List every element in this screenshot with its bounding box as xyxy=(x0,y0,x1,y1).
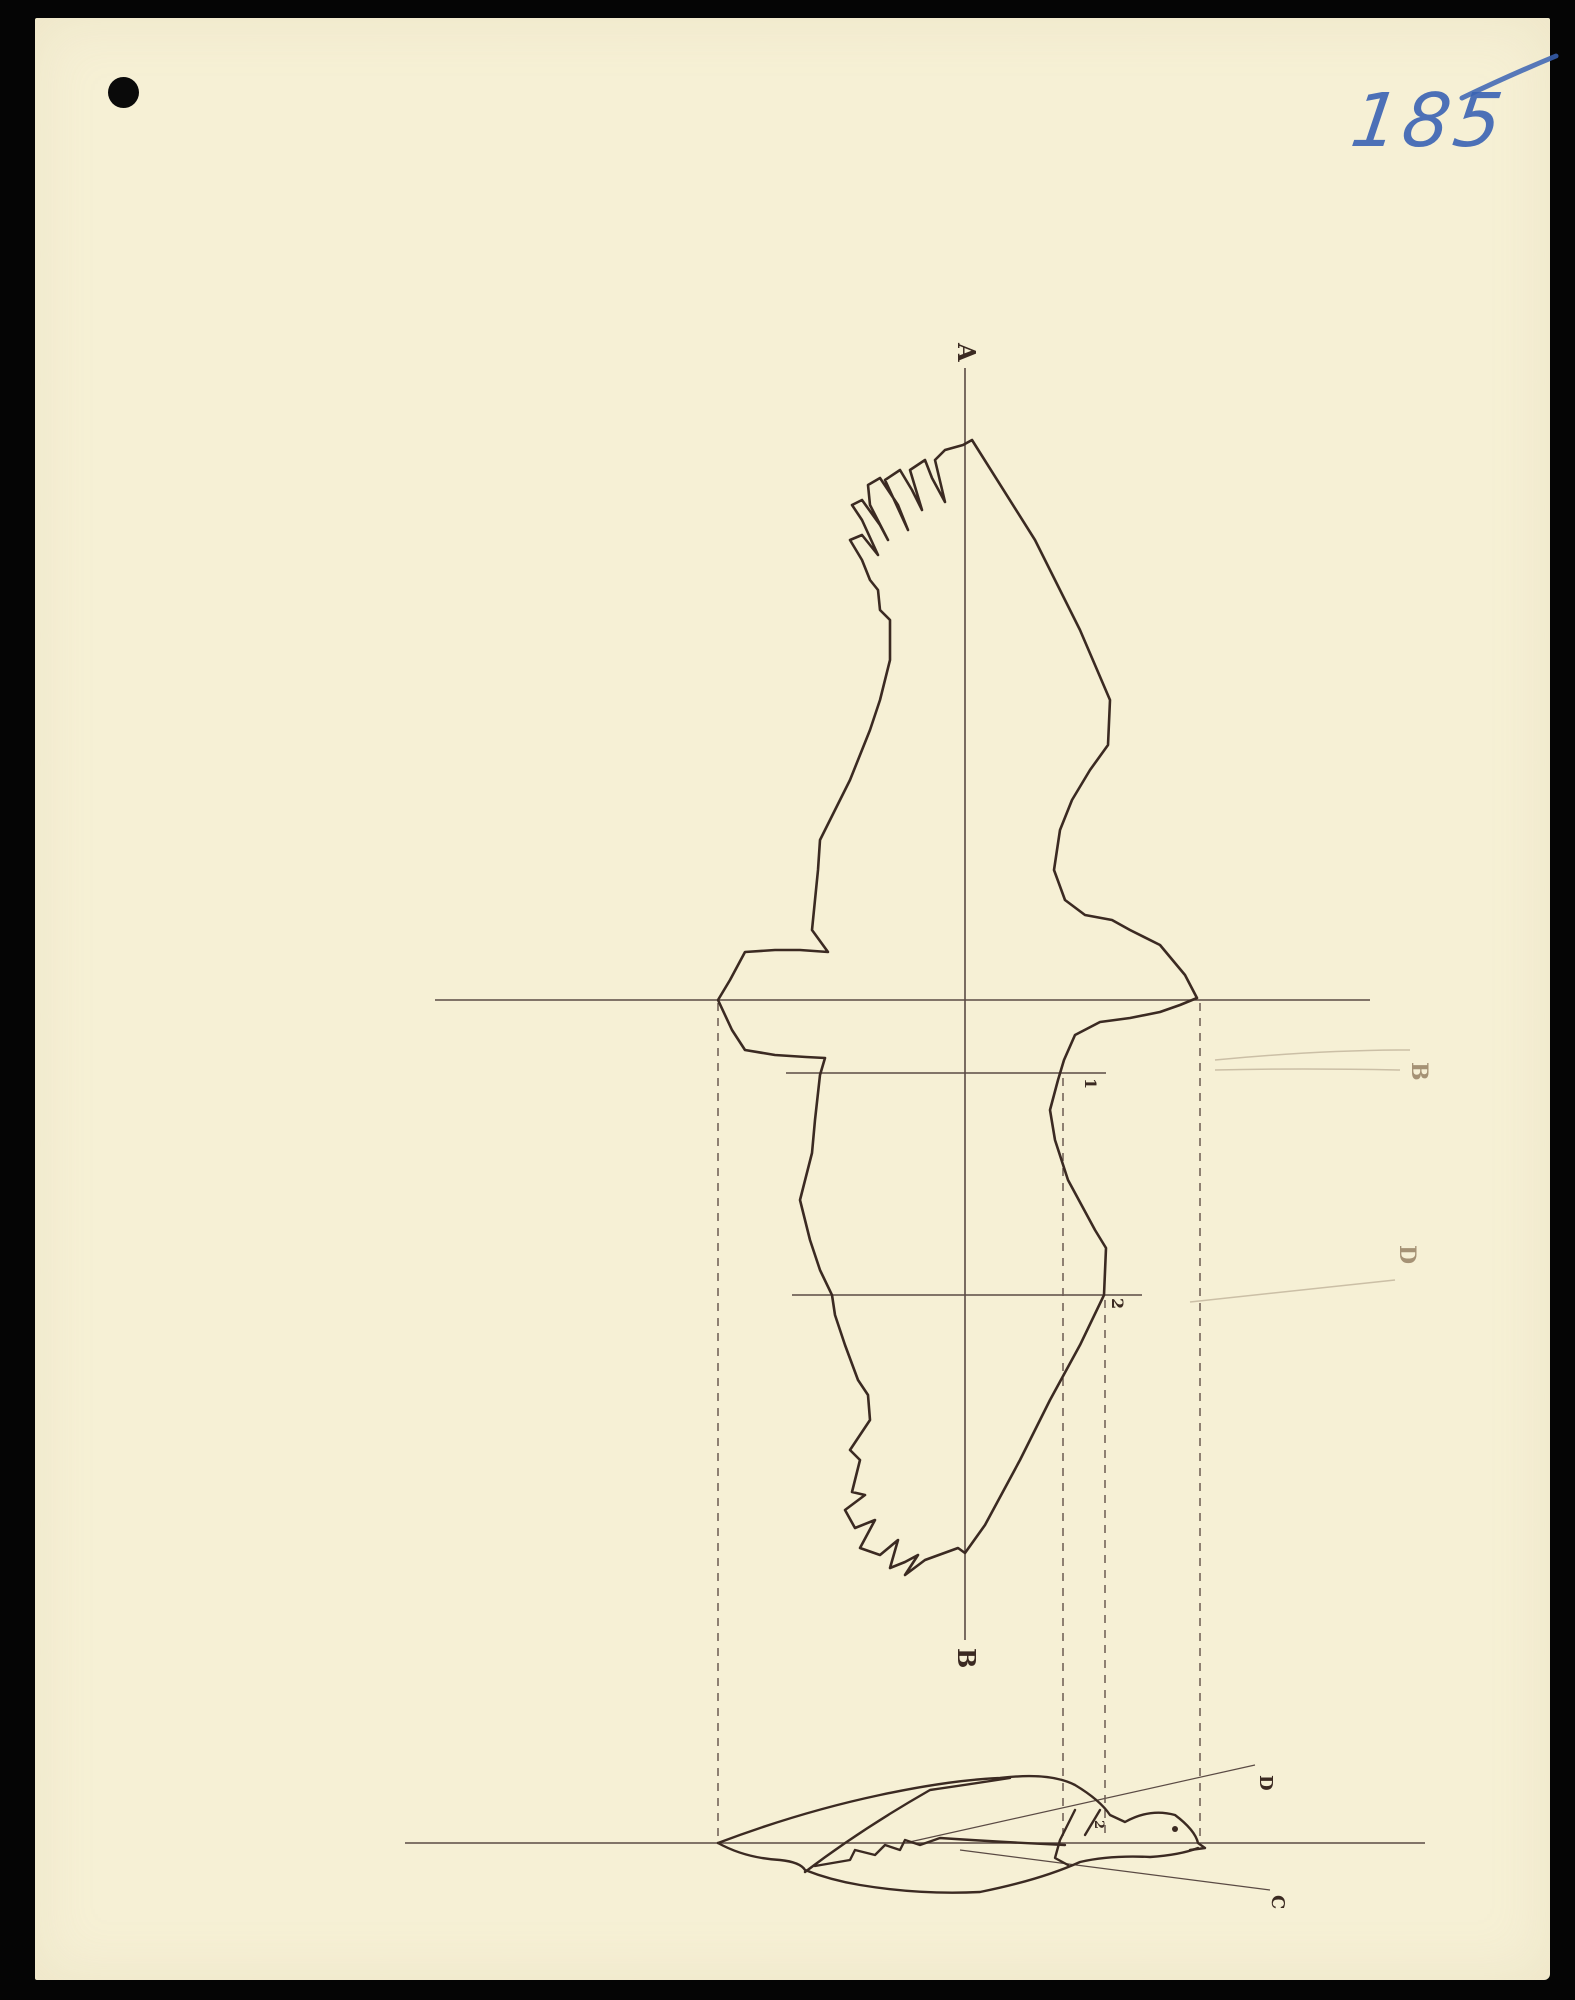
label-d: D xyxy=(1255,1775,1276,1791)
bird-side-view xyxy=(718,1776,1205,1893)
side-view-leg xyxy=(1055,1810,1100,1865)
bird-top-view-outline xyxy=(718,440,1197,1575)
side-view-belly xyxy=(718,1843,1198,1893)
page-number-flourish xyxy=(1462,56,1556,98)
bird-drawing: A B 1 2 D C 2 B D xyxy=(0,0,1575,2000)
label-section-1: 1 xyxy=(1081,1078,1100,1089)
label-b: B xyxy=(952,1648,981,1668)
side-view-wing xyxy=(805,1778,1010,1872)
margin-mark-d: D xyxy=(1394,1245,1420,1264)
label-side-2: 2 xyxy=(1091,1820,1106,1829)
faint-erased-stroke-2 xyxy=(1190,1280,1395,1302)
label-a: A xyxy=(952,342,981,362)
label-section-2: 2 xyxy=(1108,1298,1127,1309)
faint-erased-stroke xyxy=(1215,1050,1410,1070)
side-view-eye xyxy=(1172,1826,1178,1832)
projection-lines xyxy=(718,1003,1200,1840)
label-c: C xyxy=(1267,1895,1288,1909)
side-line-d xyxy=(905,1765,1255,1843)
construction-lines xyxy=(405,368,1425,1890)
margin-mark-b: B xyxy=(1406,1062,1432,1081)
